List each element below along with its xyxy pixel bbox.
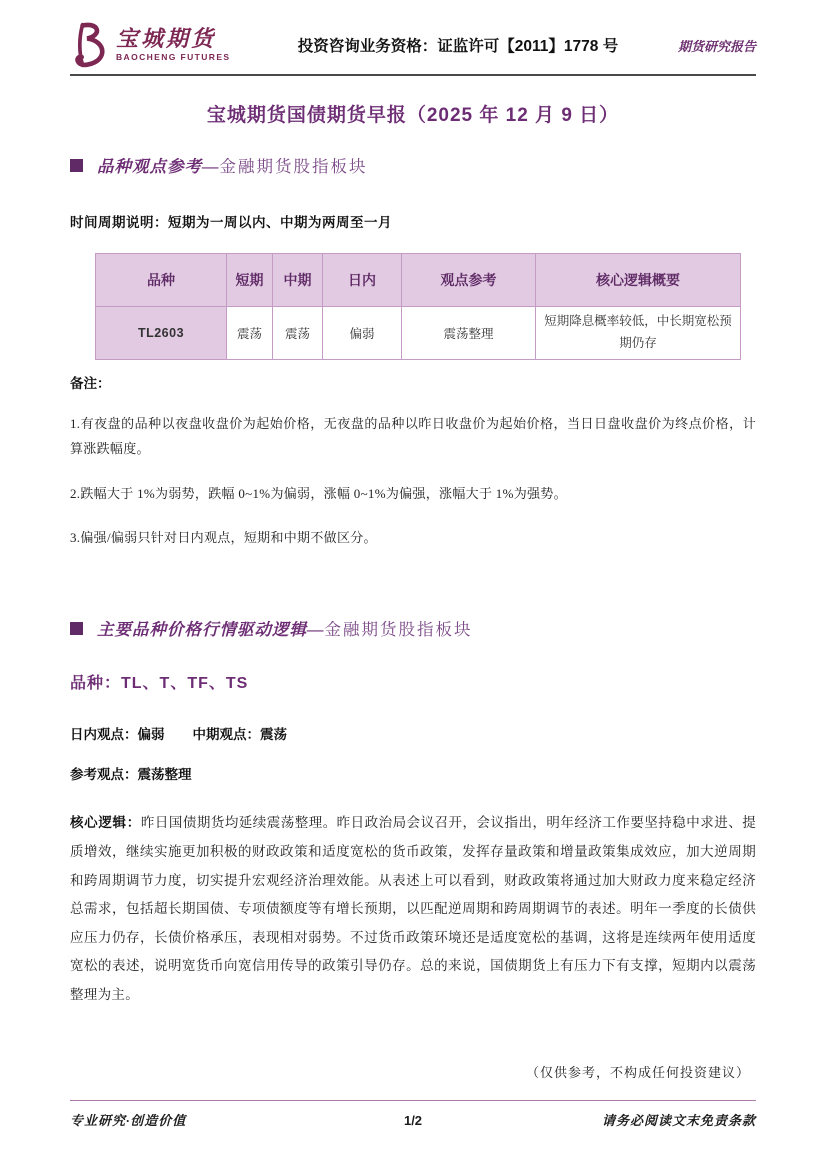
reference-view: 参考观点：震荡整理 (70, 763, 756, 783)
viewpoint-table: 品种 短期 中期 日内 观点参考 核心逻辑概要 TL2603 震荡 震荡 偏弱 … (95, 253, 741, 360)
page-number: 1/2 (404, 1113, 422, 1128)
page-header: 宝城期货 BAOCHENG FUTURES 投资咨询业务资格：证监许可【2011… (70, 0, 756, 72)
core-logic-paragraph: 核心逻辑：昨日国债期货均延续震荡整理。昨日政治局会议召开，会议指出，明年经济工作… (70, 809, 756, 1009)
section2-heading-sub: 金融期货股指板块 (325, 620, 473, 639)
page-footer: 专业研究·创造价值 1/2 请务必阅读文末免责条款 (70, 1100, 756, 1129)
section1-heading: 品种观点参考—金融期货股指板块 (70, 153, 756, 177)
qualification-text: 投资咨询业务资格：证监许可【2011】1778 号 (260, 34, 656, 56)
section1-heading-main: 品种观点参考— (97, 157, 220, 176)
section1-heading-sub: 金融期货股指板块 (220, 157, 368, 176)
section2-heading: 主要品种价格行情驱动逻辑—金融期货股指板块 (70, 616, 756, 640)
table-header-core-logic: 核心逻辑概要 (536, 254, 741, 307)
cell-core-logic: 短期降息概率较低，中长期宽松预期仍存 (536, 307, 741, 360)
table-row: TL2603 震荡 震荡 偏弱 震荡整理 短期降息概率较低，中长期宽松预期仍存 (96, 307, 741, 360)
table-header-mid-term: 中期 (273, 254, 323, 307)
baocheng-logo-icon (70, 20, 110, 70)
cell-intraday: 偏弱 (323, 307, 402, 360)
page-title: 宝城期货国债期货早报（2025 年 12 月 9 日） (70, 100, 756, 127)
footer-slogan: 专业研究·创造价值 (70, 1110, 404, 1129)
report-page: 宝城期货 BAOCHENG FUTURES 投资咨询业务资格：证监许可【2011… (0, 0, 826, 1169)
cell-viewpoint: 震荡整理 (402, 307, 536, 360)
inline-disclaimer: （仅供参考，不构成任何投资建议） (70, 1062, 756, 1081)
table-header-viewpoint: 观点参考 (402, 254, 536, 307)
brand-name-cn: 宝城期货 (116, 28, 231, 50)
table-header-row: 品种 短期 中期 日内 观点参考 核心逻辑概要 (96, 254, 741, 307)
section-bullet-icon (70, 159, 83, 172)
cell-mid-term: 震荡 (273, 307, 323, 360)
variety-line: 品种：TL、T、TF、TS (70, 670, 756, 693)
section-bullet-icon (70, 622, 83, 635)
table-header-intraday: 日内 (323, 254, 402, 307)
cell-short-term: 震荡 (227, 307, 273, 360)
table-header-short-term: 短期 (227, 254, 273, 307)
core-logic-text: 昨日国债期货均延续震荡整理。昨日政治局会议召开，会议指出，明年经济工作要坚持稳中… (70, 815, 756, 1002)
footer-disclaimer-note: 请务必阅读文末免责条款 (422, 1110, 756, 1129)
time-period-note: 时间周期说明：短期为一周以内、中期为两周至一月 (70, 211, 756, 231)
medium-view: 中期观点：震荡 (193, 727, 288, 742)
core-logic-label: 核心逻辑： (70, 815, 141, 830)
table-header-variety: 品种 (96, 254, 227, 307)
baocheng-logo: 宝城期货 BAOCHENG FUTURES (70, 20, 260, 70)
notes-title: 备注： (70, 372, 756, 392)
intraday-view: 日内观点：偏弱 (70, 727, 165, 742)
note-3: 3.偏强/偏弱只针对日内观点，短期和中期不做区分。 (70, 525, 756, 550)
viewpoint-line: 日内观点：偏弱中期观点：震荡 (70, 723, 756, 743)
header-divider (70, 74, 756, 76)
note-1: 1.有夜盘的品种以夜盘收盘价为起始价格，无夜盘的品种以昨日收盘价为起始价格，当日… (70, 411, 756, 462)
note-2: 2.跌幅大于 1%为弱势，跌幅 0~1%为偏弱，涨幅 0~1%为偏强，涨幅大于 … (70, 481, 756, 506)
cell-variety: TL2603 (96, 307, 227, 360)
brand-name-en: BAOCHENG FUTURES (116, 53, 231, 62)
report-type-label: 期货研究报告 (656, 36, 756, 55)
section2-heading-main: 主要品种价格行情驱动逻辑— (97, 620, 325, 639)
